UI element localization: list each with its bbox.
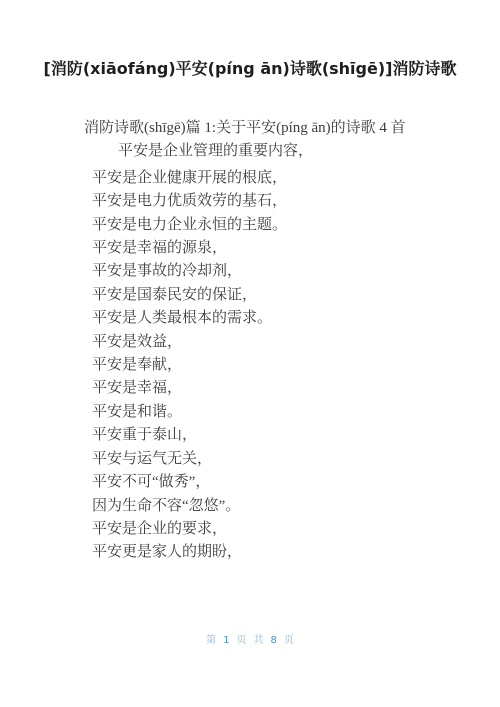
- poem-line: 平安是企业的要求，: [62, 518, 438, 541]
- poem-line: 平安是国泰民安的保证，: [62, 284, 438, 307]
- poem-line: 平安是幸福的源泉，: [62, 237, 438, 260]
- poem-line: 平安是电力优质效劳的基石，: [62, 190, 438, 213]
- poem-line: 平安是和谐。: [62, 401, 438, 424]
- poem-line: 平安是电力企业永恒的主题。: [62, 214, 438, 237]
- poem-line: 平安是企业健康开展的根底，: [62, 167, 438, 190]
- poem-line: 平安是奉献，: [62, 354, 438, 377]
- poem-line: 平安是效益，: [62, 331, 438, 354]
- page-footer: 第1页共8页: [0, 634, 500, 648]
- poem-line: 平安重于泰山，: [62, 424, 438, 447]
- poem-line: 平安是幸福，: [62, 377, 438, 400]
- poem-line: 因为生命不容“忽悠”。: [62, 495, 438, 518]
- intro-gap-spacer: [62, 154, 118, 155]
- intro-continuation-text: 平安是企业管理的重要内容，: [118, 143, 313, 159]
- intro-lead-text: 消防诗歌(shīgē)篇 1:关于平安(píng ān)的诗歌 4 首: [84, 120, 406, 136]
- footer-label-ye: 页: [237, 635, 247, 646]
- poem-line: 平安是事故的冷却剂，: [62, 260, 438, 283]
- footer-label-ye2: 页: [284, 635, 294, 646]
- footer-label-di: 第: [206, 635, 216, 646]
- document-body: 消防诗歌(shīgē)篇 1:关于平安(píng ān)的诗歌 4 首平安是企业…: [0, 117, 500, 565]
- document-page: [消防(xiāofáng)平安(píng ān)诗歌(shīgē)]消防诗歌 消…: [0, 0, 500, 707]
- poem-line: 平安不可“做秀”，: [62, 471, 438, 494]
- poem-line: 平安与运气无关，: [62, 448, 438, 471]
- poem-line: 平安更是家人的期盼，: [62, 541, 438, 564]
- poem-line: 平安是人类最根本的需求。: [62, 307, 438, 330]
- footer-current-page: 1: [223, 635, 229, 646]
- footer-total-pages: 8: [271, 635, 277, 646]
- poem-block: 平安是企业健康开展的根底， 平安是电力优质效劳的基石， 平安是电力企业永恒的主题…: [62, 167, 438, 565]
- footer-label-gong: 共: [254, 635, 264, 646]
- intro-paragraph: 消防诗歌(shīgē)篇 1:关于平安(píng ān)的诗歌 4 首平安是企业…: [62, 117, 438, 164]
- document-title: [消防(xiāofáng)平安(píng ān)诗歌(shīgē)]消防诗歌: [0, 0, 500, 80]
